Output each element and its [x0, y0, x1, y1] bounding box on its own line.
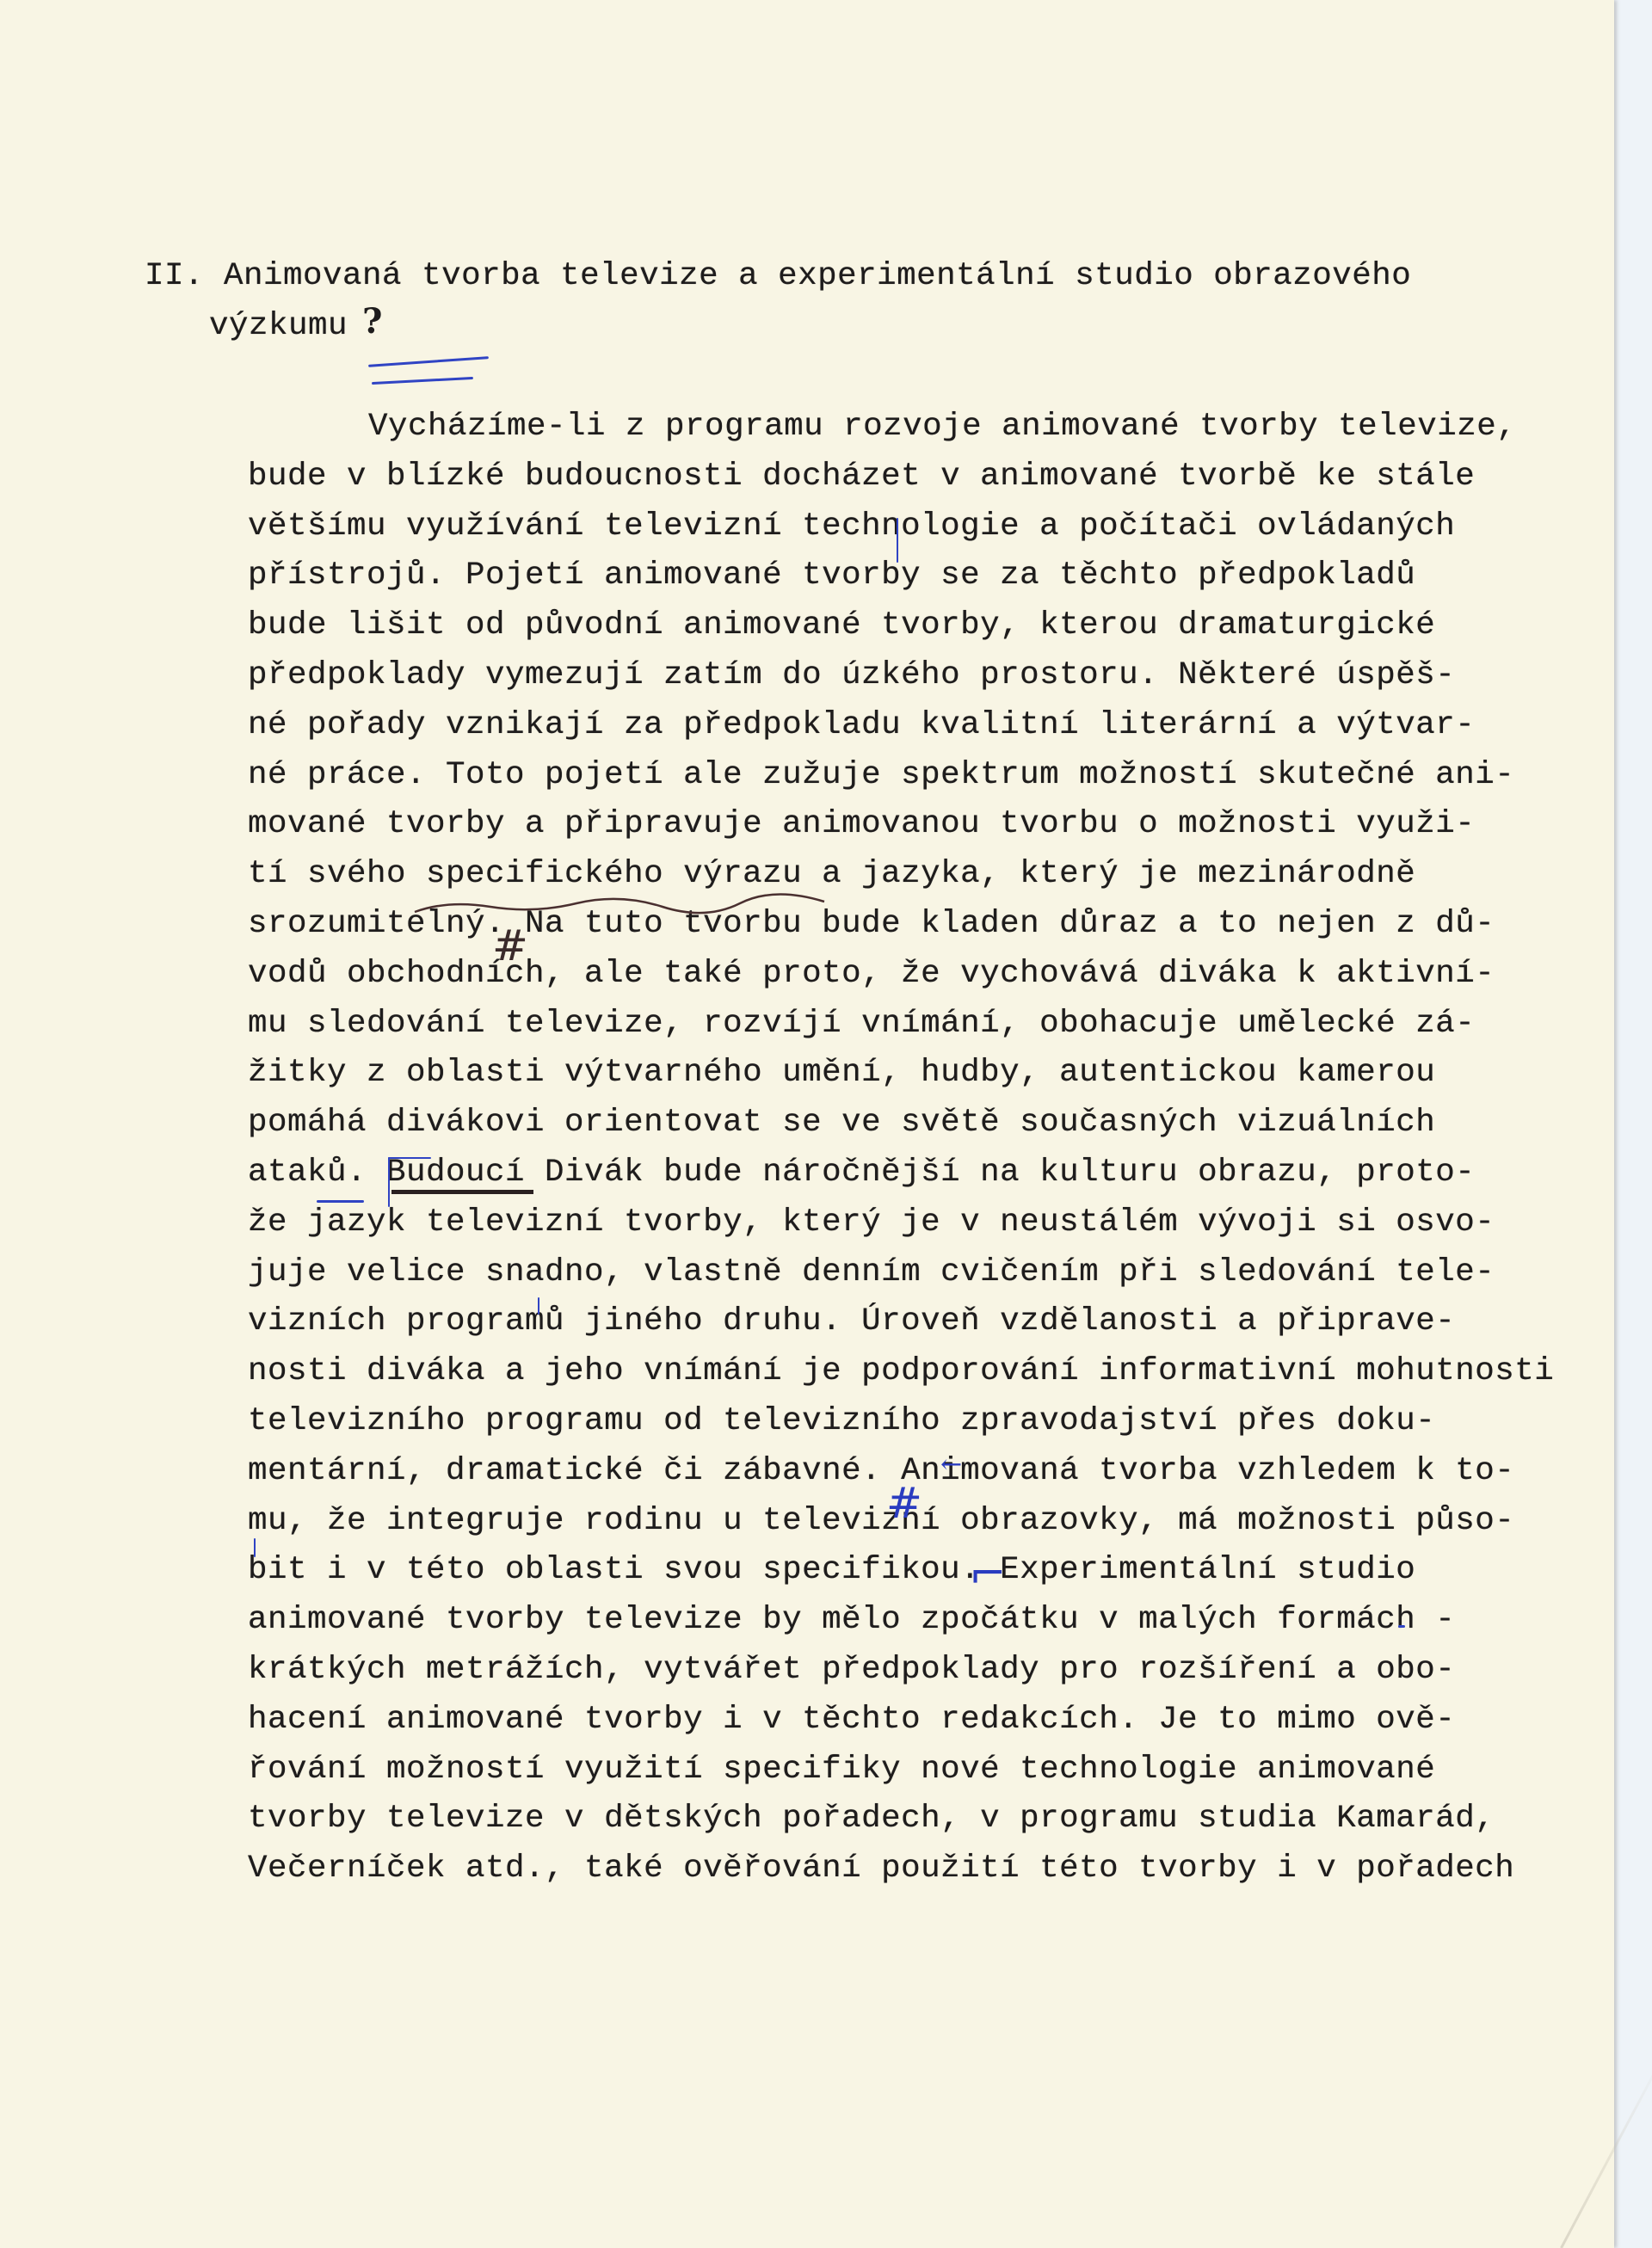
- paragraph-bracket-icon: ⌐: [969, 1549, 1007, 1600]
- body-line: bit i v této oblasti svou specifikou. Ex…: [248, 1552, 1415, 1588]
- body-line: přístrojů. Pojetí animované tvorby se za…: [248, 557, 1415, 594]
- body-line: bude v blízké budoucnosti docházet v ani…: [248, 459, 1475, 495]
- body-line: předpoklady vymezují zatím do úzkého pro…: [248, 657, 1455, 693]
- strikethrough-mark: [391, 1190, 533, 1194]
- paper-crease: [1560, 2050, 1652, 2248]
- body-line: bude lišit od původní animované tvorby, …: [248, 607, 1435, 644]
- body-line: vizních programů jiného druhu. Úroveň vz…: [248, 1303, 1455, 1340]
- body-line: tvorby televize v dětských pořadech, v p…: [248, 1801, 1495, 1837]
- blue-dash-mark: [1398, 1625, 1405, 1628]
- body-line: vodů obchodních, ale také proto, že vych…: [248, 956, 1495, 992]
- handwritten-question-mark: ?: [362, 301, 382, 342]
- body-line: většímu využívání televizní technologie …: [248, 508, 1455, 545]
- body-line: né práce. Toto pojetí ale zužuje spektru…: [248, 757, 1514, 793]
- blue-insert-mark: [388, 1157, 431, 1159]
- body-line: animované tvorby televize by mělo zpočát…: [248, 1602, 1455, 1638]
- body-line: řování možností využití specifiky nové t…: [248, 1752, 1435, 1788]
- body-line: nosti diváka a jeho vnímání je podporová…: [248, 1353, 1554, 1389]
- body-line: mované tvorby a připravuje animovanou tv…: [248, 806, 1475, 842]
- blue-comma-mark: [538, 1297, 539, 1315]
- body-line: že jazyk televizní tvorby, který je v ne…: [248, 1204, 1495, 1241]
- body-line: né pořady vznikají za předpokladu kvalit…: [248, 707, 1475, 743]
- typewritten-page: II. Animovaná tvorba televize a experime…: [0, 0, 1614, 2248]
- blue-comma-mark: [254, 1538, 256, 1557]
- blue-word-separator-mark: [897, 518, 898, 563]
- body-line: Vycházíme-li z programu rozvoje animovan…: [368, 409, 1516, 445]
- body-line: mu sledování televize, rozvíjí vnímání, …: [248, 1006, 1475, 1042]
- body-line: pomáhá divákovi orientovat se ve světě s…: [248, 1105, 1435, 1141]
- body-line: mu, že integruje rodinu u televizní obra…: [248, 1503, 1514, 1539]
- body-line: juje velice snadno, vlastně denním cviče…: [248, 1254, 1495, 1290]
- body-line: Večerníček atd., také ověřování použití …: [248, 1851, 1514, 1887]
- paragraph-mark-icon: #: [886, 1478, 922, 1528]
- section-heading: II. Animovaná tvorba televize a experime…: [145, 258, 1411, 294]
- blue-underline-mark: [372, 377, 473, 385]
- body-line: ataků. Budoucí Divák bude náročnější na …: [248, 1155, 1475, 1191]
- wavy-underline-mark: [413, 893, 826, 919]
- blue-underline-mark: [368, 356, 489, 367]
- body-line: krátkých metrážích, vytvářet předpoklady…: [248, 1652, 1455, 1688]
- section-title-line1: Animovaná tvorba televize a experimentál…: [224, 258, 1411, 294]
- blue-insert-mark: [388, 1157, 390, 1207]
- body-line: tí svého specifického výrazu a jazyka, k…: [248, 856, 1415, 892]
- body-line: mentární, dramatické či zábavné. Animova…: [248, 1453, 1514, 1489]
- body-line: žitky z oblasti výtvarného umění, hudby,…: [248, 1055, 1435, 1091]
- blue-insert-mark: [317, 1200, 364, 1203]
- body-line: hacení animované tvorby i v těchto redak…: [248, 1702, 1455, 1738]
- body-line: televizního programu od televizního zpra…: [248, 1403, 1435, 1439]
- paragraph-mark-icon: #: [492, 921, 528, 970]
- blue-arrow-mark: ←: [940, 1450, 962, 1480]
- section-title-line2: výzkumu: [209, 308, 348, 344]
- section-number: II.: [145, 258, 204, 294]
